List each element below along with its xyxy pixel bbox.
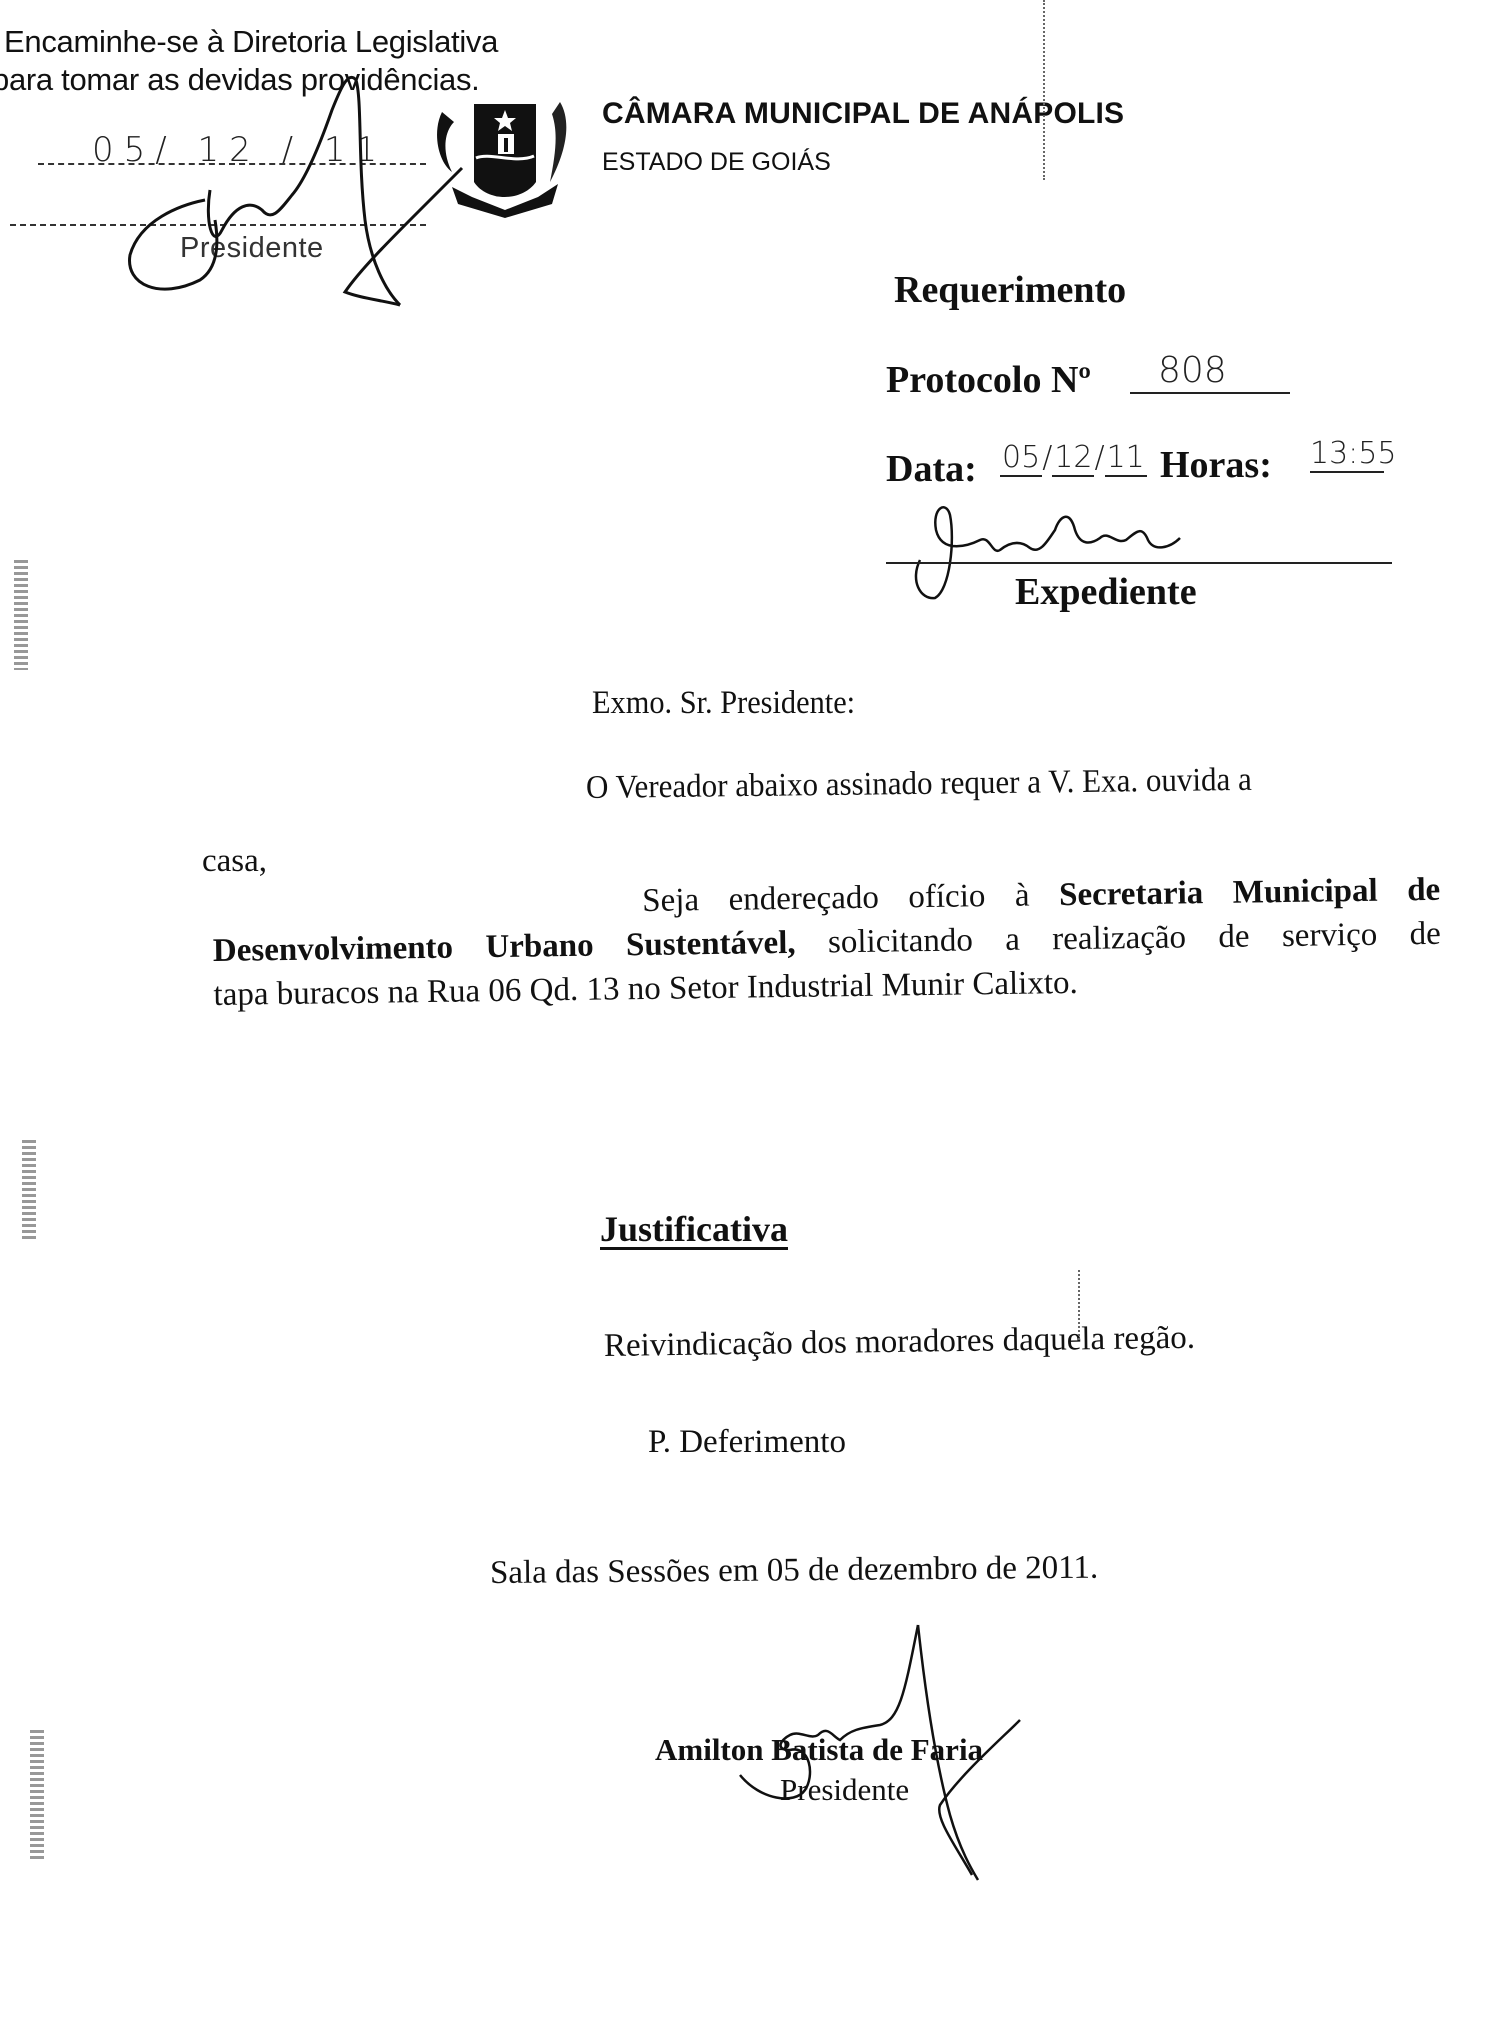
signer-role: Presidente [780, 1772, 909, 1808]
salutation: Exmo. Sr. Presidente: [592, 685, 855, 722]
scan-noise-edge [14, 560, 28, 670]
hour-value: 13:55 [1310, 436, 1384, 473]
protocol-number-field: 808 [1130, 350, 1290, 394]
document-type-title: Requerimento [894, 268, 1126, 312]
clerk-signature-rule [886, 562, 1392, 564]
secretariat-name-part-1: Secretaria Municipal de [1059, 872, 1441, 913]
secretariat-name-part-2: Desenvolvimento Urbano Sustentável, [213, 925, 796, 969]
institution-state: ESTADO DE GOIÁS [602, 148, 831, 177]
date-day: 05 [1000, 440, 1042, 477]
place-and-date: Sala das Sessões em 05 de dezembro de 20… [490, 1550, 1099, 1592]
closing-phrase: P. Deferimento [648, 1424, 846, 1461]
date-label: Data: [886, 447, 977, 491]
protocol-date-field: 05/12/11 [1000, 440, 1147, 477]
date-month: 12 [1052, 440, 1094, 477]
justification-text: Reivindicação dos moradores daquela regã… [604, 1320, 1195, 1365]
hour-label: Horas: [1160, 443, 1272, 487]
scan-fold-line [1043, 0, 1046, 180]
coat-of-arms-icon [432, 92, 572, 222]
intro-line-2: casa, [202, 843, 267, 880]
justification-title: Justificativa [600, 1208, 788, 1250]
date-year: 11 [1105, 440, 1147, 477]
protocol-label: Protocolo Nº [886, 358, 1091, 402]
signer-name: Amilton Batista de Faria [655, 1732, 983, 1768]
intro-line-1: O Vereador abaixo assinado requer a V. E… [586, 762, 1252, 807]
scan-noise-edge [22, 1140, 36, 1240]
request-paragraph: Seja endereçado ofício à Secretaria Muni… [212, 868, 1442, 1017]
scan-fold-line [1078, 1270, 1081, 1340]
scan-noise-edge [30, 1730, 44, 1860]
protocol-hour-field: 13:55 [1310, 436, 1384, 473]
department-label: Expediente [1015, 570, 1197, 614]
